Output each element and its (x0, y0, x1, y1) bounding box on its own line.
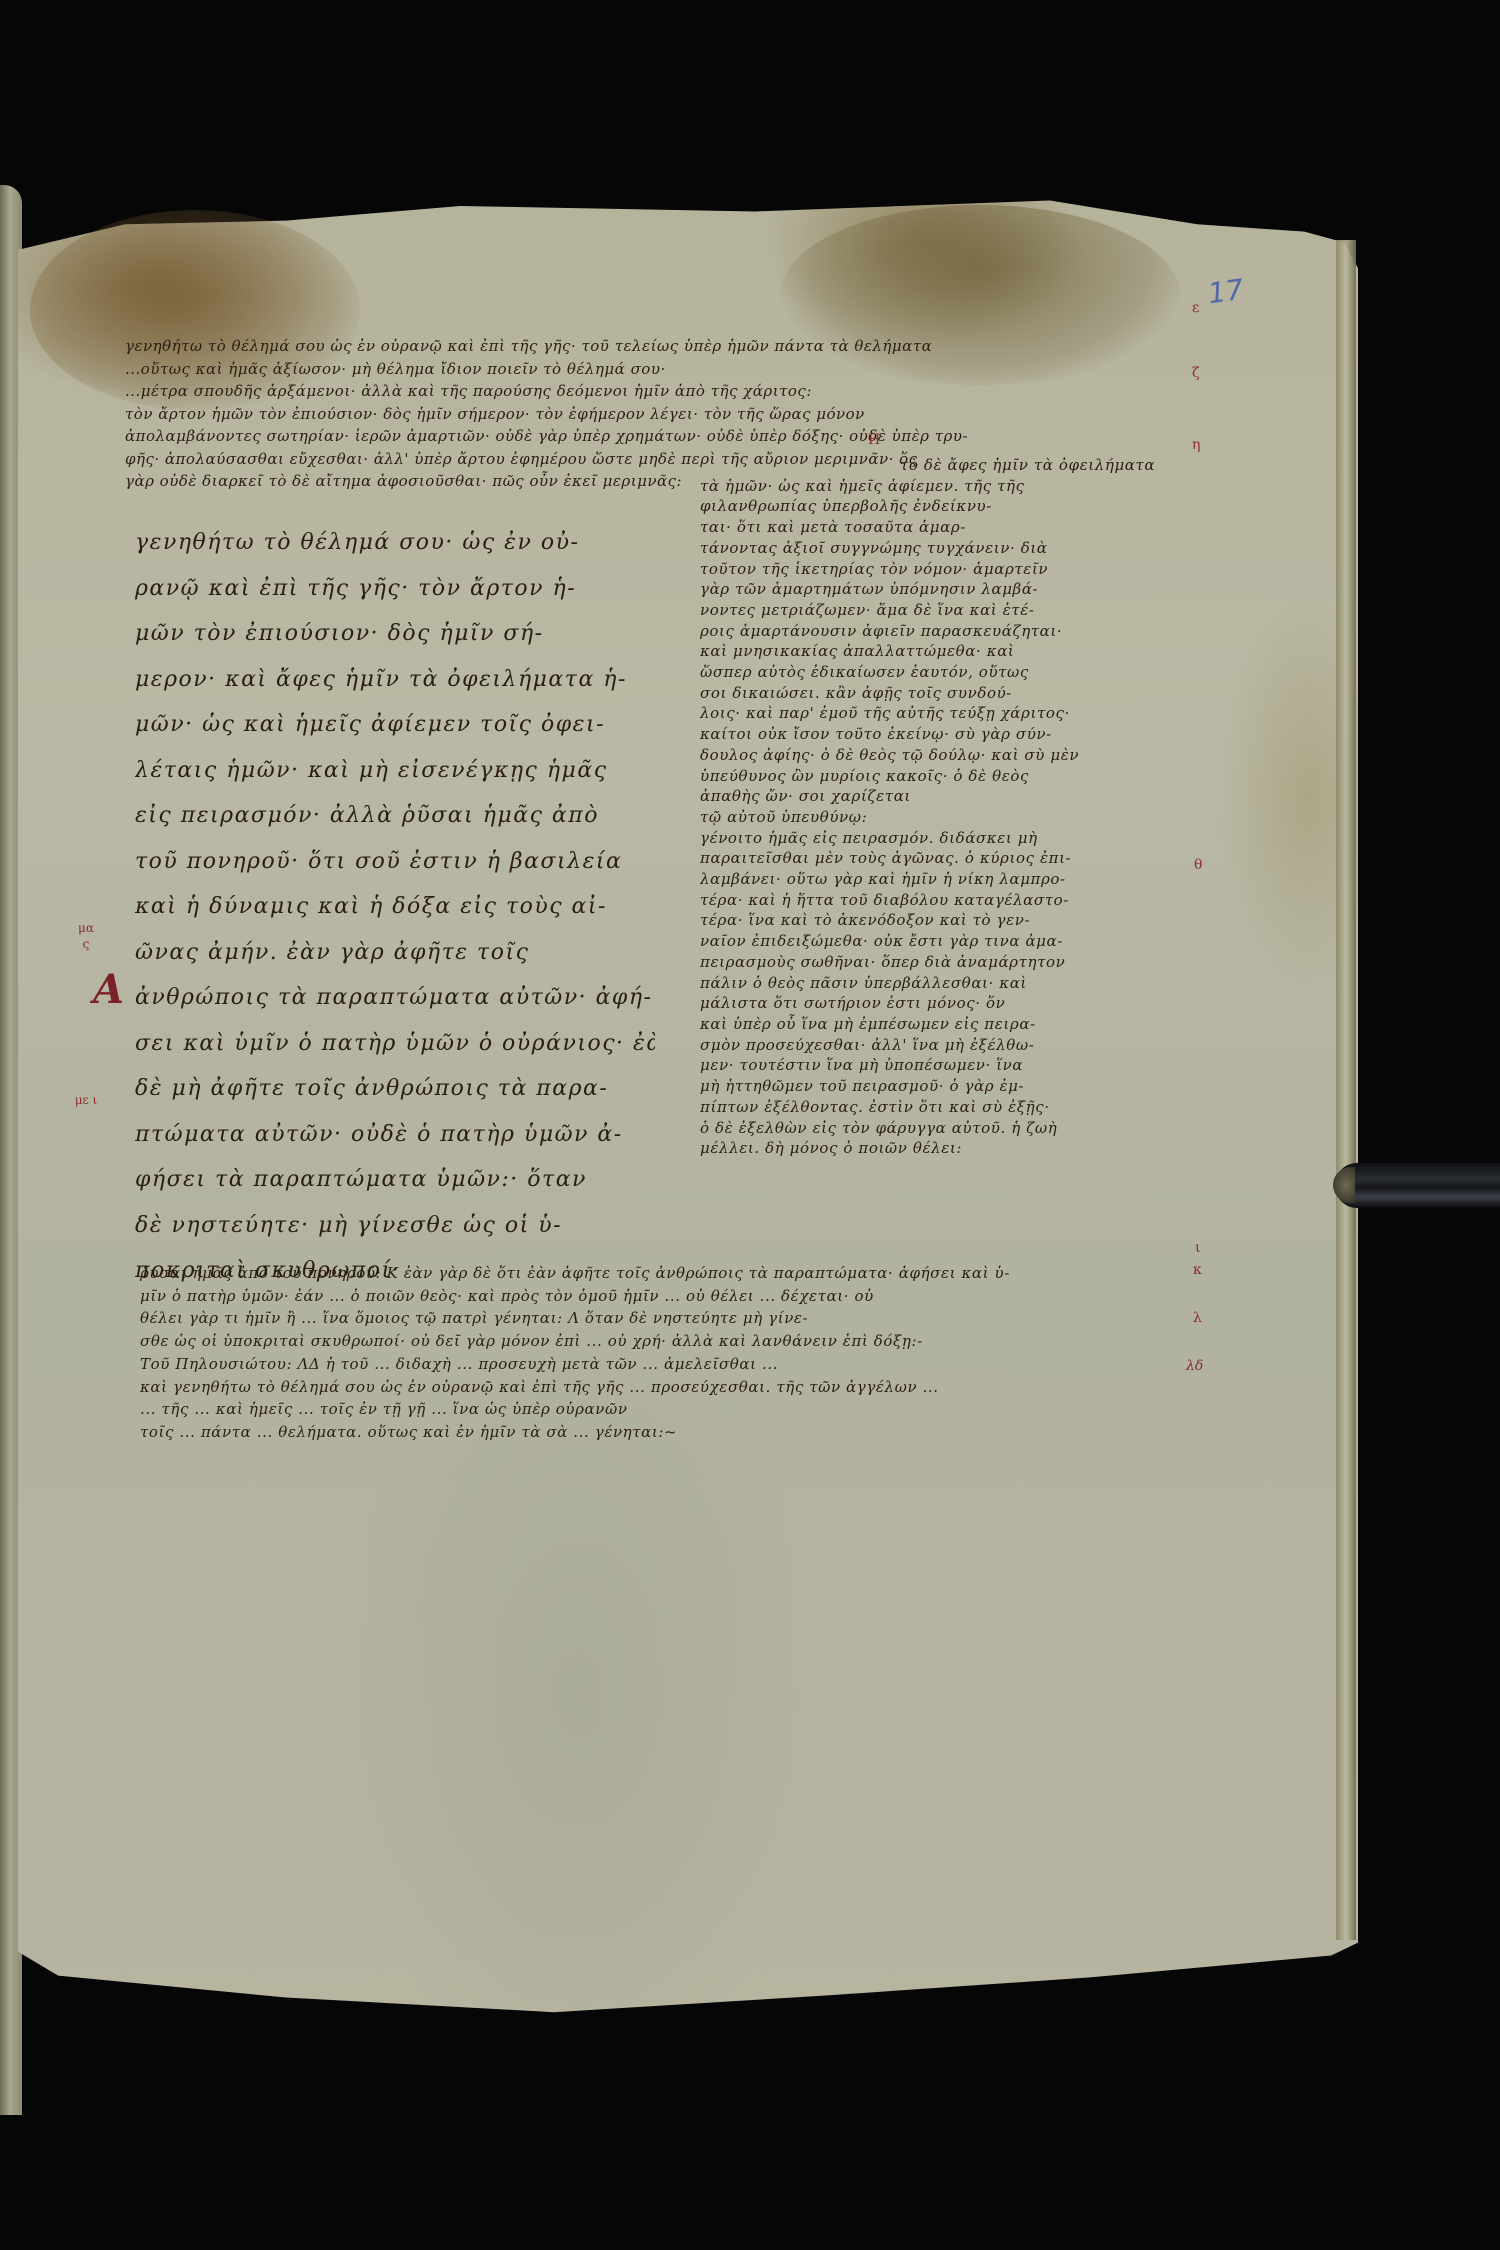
margin-numeral: ζ (1192, 365, 1200, 381)
commentary-line: φιλανθρωπίας ὑπερβολῆς ἐνδείκνυ- (700, 496, 1180, 517)
commentary-line: γὰρ τῶν ἁμαρτημάτων ὑπόμνησιν λαμβά- (700, 579, 1180, 600)
main-text-line: τοῦ πονηροῦ· ὅτι σοῦ ἐστιν ἡ βασιλεία (135, 839, 655, 885)
commentary-line: καὶ γενηθήτω τὸ θέλημά σου ὡς ἐν οὐρανῷ … (140, 1376, 1180, 1399)
main-text-line: δὲ μὴ ἀφῆτε τοῖς ἀνθρώποις τὰ παρα- (135, 1066, 655, 1112)
commentary-line: ῥύσαι ἡμᾶς ἀπὸ τοῦ πονηροῦ: Κ ἐὰν γὰρ δὲ… (140, 1262, 1180, 1285)
commentary-line: καὶ μνησικακίας ἀπαλλαττώμεθα· καὶ (700, 641, 1180, 662)
commentary-line: θέλει γὰρ τι ἡμῖν ἢ ... ἵνα ὅμοιος τῷ πα… (140, 1307, 1180, 1330)
commentary-line: δουλος ἀφίης· ὁ δὲ θεὸς τῷ δούλῳ· καὶ σὺ… (700, 745, 1180, 766)
rubricated-initial: Α (93, 967, 126, 1013)
commentary-line: ἀπαθὴς ὤν· σοι χαρίζεται (700, 786, 1180, 807)
commentary-line: σοι δικαιώσει. κἂν ἀφῇς τοῖς συνδού- (700, 683, 1180, 704)
commentary-line: τάνοντας ἀξιοῖ συγγνώμης τυγχάνειν· διὰ (700, 538, 1180, 559)
commentary-line: τοῖς ... πάντα ... θελήματα. οὕτως καὶ ἐ… (140, 1421, 1180, 1444)
commentary-line: μὴ ἡττηθῶμεν τοῦ πειρασμοῦ· ὁ γὰρ ἐμ- (700, 1076, 1180, 1097)
margin-numeral: λδ (1186, 1358, 1203, 1374)
page-fore-edge (1336, 240, 1356, 1940)
main-text-line: γενηθήτω τὸ θέλημά σου· ὡς ἐν οὐ- (135, 520, 655, 566)
commentary-line: μεν· τουτέστιν ἵνα μὴ ὑποπέσωμεν· ἵνα (700, 1055, 1180, 1076)
commentary-line: ... τῆς ... καὶ ἡμεῖς ... τοῖς ἐν τῇ γῇ … (140, 1398, 1180, 1421)
right-commentary-column: τὸ δὲ ἄφες ἡμῖν τὰ ὀφειλήματα τὰ ἡμῶν· ὡ… (700, 455, 1180, 1159)
commentary-line: μῖν ὁ πατὴρ ὑμῶν· ἐάν ... ὁ ποιῶν θεὸς· … (140, 1285, 1180, 1308)
margin-numeral: ι (1195, 1240, 1201, 1256)
main-text-line: καὶ ἡ δύναμις καὶ ἡ δόξα εἰς τοὺς αἰ- (135, 884, 655, 930)
section-marker: Η (868, 432, 880, 448)
main-text-line: μῶν τὸν ἐπιούσιον· δὸς ἡμῖν σή- (135, 611, 655, 657)
main-text-line: Α ἀνθρώποις τὰ παραπτώματα αὐτῶν· ἀφή- (135, 975, 655, 1021)
folio-number: 17 (1206, 273, 1246, 311)
main-text-line: λέταις ἡμῶν· καὶ μὴ εἰσενέγκῃς ἡμᾶς (135, 748, 655, 794)
commentary-line: ὁ δὲ ἐξελθὼν εἰς τὸν φάρυγγα αὐτοῦ. ἡ ζω… (700, 1118, 1180, 1139)
commentary-line: τέρα· ἵνα καὶ τὸ ἀκενόδοξον καὶ τὸ γεν- (700, 910, 1180, 931)
commentary-line: ὑπεύθυνος ὢν μυρίοις κακοῖς· ὁ δὲ θεὸς (700, 766, 1180, 787)
commentary-line: νοντες μετριάζωμεν· ἅμα δὲ ἵνα καὶ ἑτέ- (700, 600, 1180, 621)
commentary-line: λαμβάνει· οὕτω γὰρ καὶ ἡμῖν ἡ νίκη λαμπρ… (700, 869, 1180, 890)
commentary-line: τοῦτον τῆς ἱκετηρίας τὸν νόμον· ἁμαρτεῖν (700, 559, 1180, 580)
commentary-line: καὶ ὑπὲρ οὗ ἵνα μὴ ἐμπέσωμεν εἰς πειρα- (700, 1014, 1180, 1035)
commentary-line: παραιτεῖσθαι μὲν τοὺς ἀγῶνας. ὁ κύριος ἐ… (700, 848, 1180, 869)
main-text-line: ρανῷ καὶ ἐπὶ τῆς γῆς· τὸν ἄρτον ἡ- (135, 566, 655, 612)
commentary-line: σθε ὡς οἱ ὑποκριταὶ σκυθρωποί· οὐ δεῖ γὰ… (140, 1330, 1180, 1353)
main-text-line: σει καὶ ὑμῖν ὁ πατὴρ ὑμῶν ὁ οὐράνιος· ἐὰ… (135, 1021, 655, 1067)
margin-numeral: ε (1192, 300, 1199, 316)
main-text-line: μῶν· ὡς καὶ ἡμεῖς ἀφίεμεν τοῖς ὀφει- (135, 702, 655, 748)
commentary-line: πίπτων ἐξέλθοντας. ἐστὶν ὅτι καὶ σὺ ἐξῇς… (700, 1097, 1180, 1118)
commentary-line: τέρα· καὶ ἡ ἥττα τοῦ διαβόλου καταγέλαστ… (700, 890, 1180, 911)
commentary-line: ...οὕτως καὶ ἡμᾶς ἀξίωσον· μὴ θέλημα ἴδι… (125, 358, 1115, 381)
book-weight-rod (1335, 1163, 1500, 1208)
commentary-line: λοις· καὶ παρ' ἐμοῦ τῆς αὐτῆς τεύξῃ χάρι… (700, 703, 1180, 724)
commentary-line: σμὸν προσεύχεσθαι· ἀλλ' ἵνα μὴ ἐξέλθω- (700, 1035, 1180, 1056)
margin-numeral: θ (1194, 857, 1202, 873)
commentary-line: καίτοι οὐκ ἴσον τοῦτο ἐκείνῳ· σὺ γὰρ σύν… (700, 724, 1180, 745)
main-text-line: εἰς πειρασμόν· ἀλλὰ ῥῦσαι ἡμᾶς ἀπὸ (135, 793, 655, 839)
commentary-line: μέλλει. δὴ μόνος ὁ ποιῶν θέλει: (700, 1138, 1180, 1159)
commentary-line: τὰ ἡμῶν· ὡς καὶ ἡμεῖς ἀφίεμεν. τῆς τῆς (700, 476, 1180, 497)
commentary-line: ναῖον ἐπιδειξώμεθα· οὐκ ἔστι γὰρ τινα ἀμ… (700, 931, 1180, 952)
commentary-line: ται· ὅτι καὶ μετὰ τοσαῦτα ἁμαρ- (700, 517, 1180, 538)
main-text-line: φήσει τὰ παραπτώματα ὑμῶν:· ὅταν (135, 1157, 655, 1203)
commentary-line: μάλιστα ὅτι σωτήριον ἐστι μόνος· ὅν (700, 993, 1180, 1014)
main-text-line-content: ἀνθρώποις τὰ παραπτώματα αὐτῶν· ἀφή- (135, 985, 652, 1010)
commentary-line: Τοῦ Πηλουσιώτου: ΛΔ ἡ τοῦ ... διδαχὴ ...… (140, 1353, 1180, 1376)
commentary-line: ἀπολαμβάνοντες σωτηρίαν· ἱερῶν ἁμαρτιῶν·… (125, 425, 1115, 448)
manuscript-viewer: 17 γενηθήτω τὸ θέλημά σου ὡς ἐν οὐρανῷ κ… (0, 0, 1500, 2250)
main-text-line: ῶνας ἀμήν. ἐὰν γὰρ ἀφῆτε τοῖς (135, 930, 655, 976)
bottom-commentary: ῥύσαι ἡμᾶς ἀπὸ τοῦ πονηροῦ: Κ ἐὰν γὰρ δὲ… (140, 1262, 1180, 1444)
margin-numeral: λ (1193, 1310, 1202, 1326)
commentary-line: τὸν ἄρτον ἡμῶν τὸν ἐπιούσιον· δὸς ἡμῖν σ… (125, 403, 1115, 426)
margin-numeral-left: με ι (74, 1092, 98, 1108)
margin-numeral: κ (1193, 1262, 1202, 1278)
commentary-line: γενηθήτω τὸ θέλημά σου ὡς ἐν οὐρανῷ καὶ … (125, 335, 1115, 358)
commentary-line: ροις ἁμαρτάνουσιν ἀφιεῖν παρασκευάζηται· (700, 621, 1180, 642)
commentary-line: τὸ δὲ ἄφες ἡμῖν τὰ ὀφειλήματα (700, 455, 1180, 476)
main-text-line: δὲ νηστεύητε· μὴ γίνεσθε ὡς οἱ ὑ- (135, 1203, 655, 1249)
main-text-column: γενηθήτω τὸ θέλημά σου· ὡς ἐν οὐ- ρανῷ κ… (135, 520, 655, 1294)
margin-numeral: η (1192, 437, 1200, 453)
commentary-line: τῷ αὐτοῦ ὑπευθύνῳ: (700, 807, 1180, 828)
commentary-line: ...μέτρα σπουδῆς ἀρξάμενοι· ἀλλὰ καὶ τῆς… (125, 380, 1115, 403)
commentary-line: πάλιν ὁ θεὸς πᾶσιν ὑπερβάλλεσθαι· καὶ (700, 973, 1180, 994)
main-text-line: πτώματα αὐτῶν· οὐδὲ ὁ πατὴρ ὑμῶν ἀ- (135, 1112, 655, 1158)
commentary-line: γένοιτο ἡμᾶς εἰς πειρασμόν. διδάσκει μὴ (700, 828, 1180, 849)
margin-numeral-left: μα ς (74, 920, 98, 952)
commentary-line: ὥσπερ αὐτὸς ἐδικαίωσεν ἑαυτόν, οὕτως (700, 662, 1180, 683)
main-text-line: μερον· καὶ ἄφες ἡμῖν τὰ ὀφειλήματα ἡ- (135, 657, 655, 703)
commentary-line: πειρασμοὺς σωθῆναι· ὅπερ διὰ ἀναμάρτητον (700, 952, 1180, 973)
